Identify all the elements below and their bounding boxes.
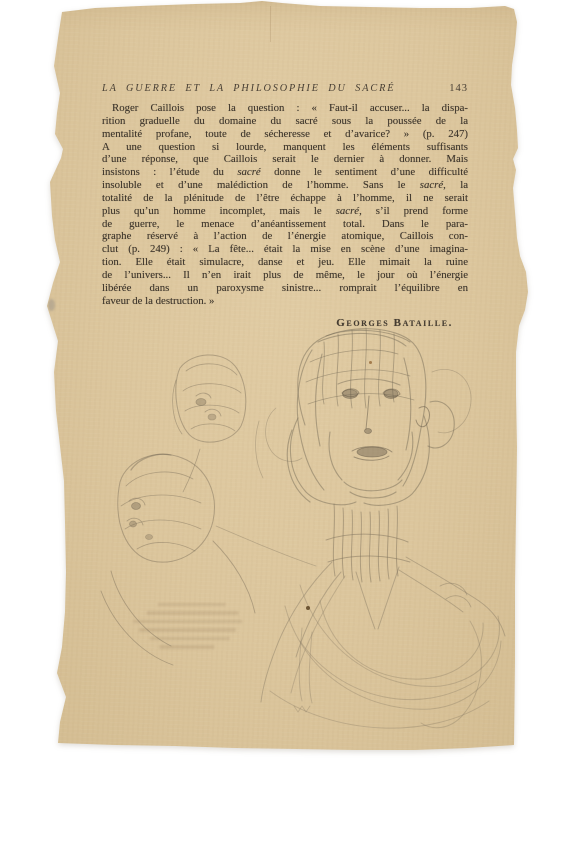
pencil-sketch: [0, 0, 570, 855]
paper-fleck: [369, 361, 372, 364]
sketch-body-loops: [270, 576, 501, 728]
sketch-head-main: [266, 328, 471, 505]
torn-page: LA GUERRE ET LA PHILOSOPHIE DU SACRÉ 143…: [0, 0, 570, 855]
photo-backdrop: LA GUERRE ET LA PHILOSOPHIE DU SACRÉ 143…: [0, 0, 570, 855]
paper-surface: LA GUERRE ET LA PHILOSOPHIE DU SACRÉ 143…: [0, 0, 570, 855]
sketch-shoulders: [261, 557, 505, 702]
sketch-face-features: [130, 390, 399, 540]
sketch-head-left-top: [173, 355, 246, 492]
paper-fleck: [306, 606, 310, 610]
sketch-head-left-bottom: [101, 421, 316, 665]
torn-edge-fiber: [48, 299, 55, 311]
